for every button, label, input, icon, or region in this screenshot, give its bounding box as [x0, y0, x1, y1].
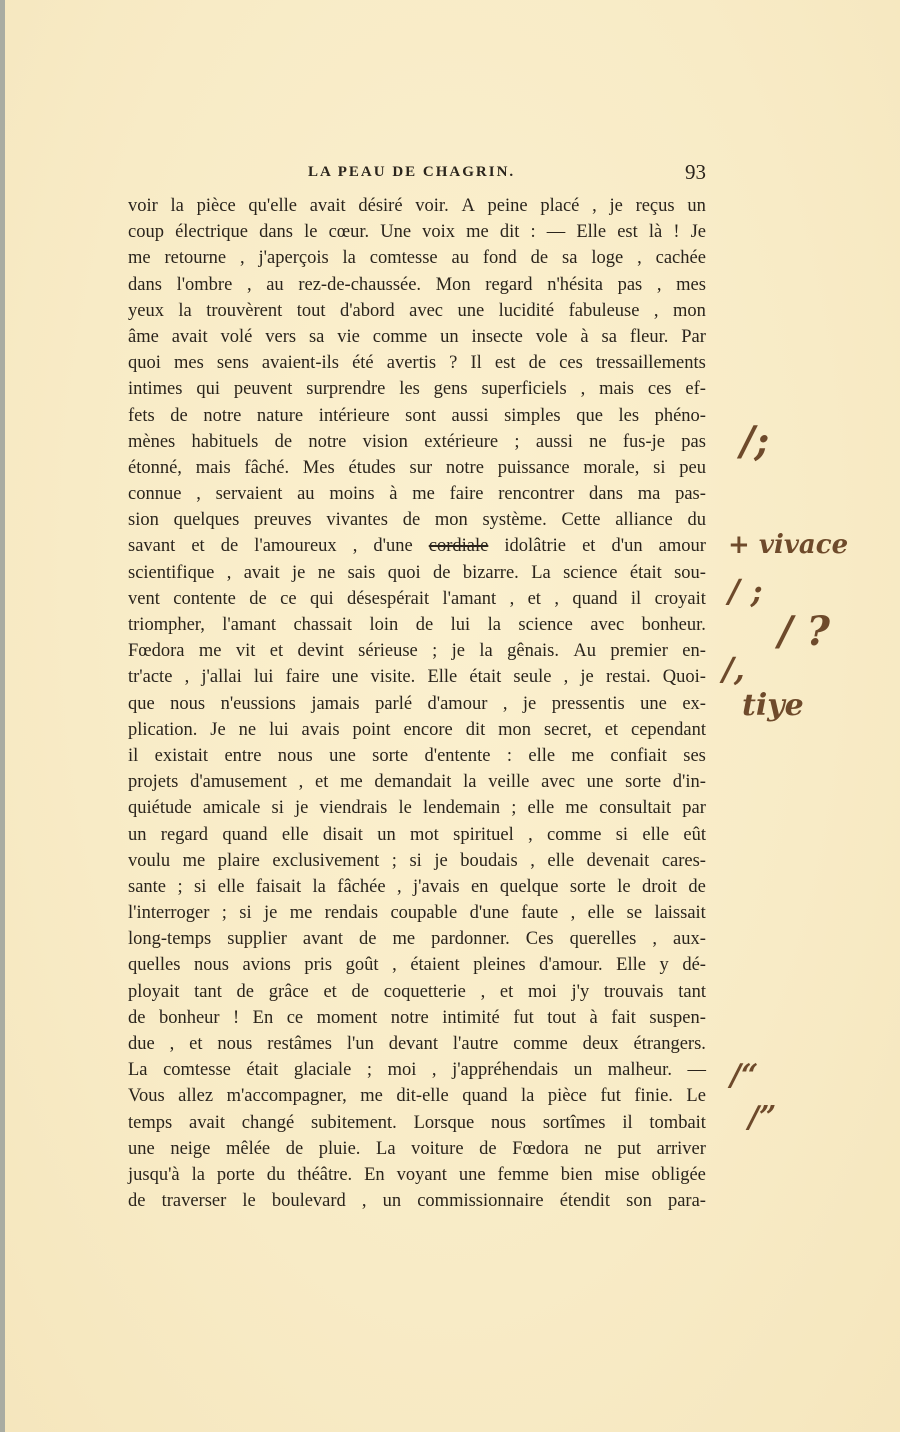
text-line: long-tempssupplieravantdemepardonner.Ces… — [128, 926, 706, 952]
text-line: Fœdoramevitetdevintsérieuse;jelagênais.A… — [128, 638, 706, 664]
text-line: tempsavaitchangésubitement.Lorsquenousso… — [128, 1110, 706, 1136]
text-line: quellesnousavionsprisgoût,étaientpleines… — [128, 952, 706, 978]
text-line: étonné,maisfâché.Mesétudessurnotrepuissa… — [128, 455, 706, 481]
text-line: triompher,l'amantchassaitloindeluilascie… — [128, 612, 706, 638]
handwritten-annotation: / ; — [728, 572, 763, 610]
text-line: meretourne,j'aperçoislacomtesseaufonddes… — [128, 245, 706, 271]
text-line: tr'acte,j'allailuifaireunevisite.Elleéta… — [128, 664, 706, 690]
handwritten-annotation: tiye — [742, 688, 804, 723]
handwritten-annotation: /, — [722, 650, 745, 688]
text-line: dansl'ombre,aurez-de-chaussée.Monregardn… — [128, 272, 706, 298]
text-line: projetsd'amusement,etmedemandaitlaveille… — [128, 769, 706, 795]
page-number: 93 — [685, 160, 706, 185]
text-line: voulumeplaireexclusivement;sijeboudais,e… — [128, 848, 706, 874]
handwritten-annotation: + vivace — [728, 530, 848, 560]
text-line: sante;siellefaisaitlafâchée,j'avaisenque… — [128, 874, 706, 900]
text-line: yeuxlatrouvèrenttoutd'abordavecunelucidi… — [128, 298, 706, 324]
text-line: plication.Jeneluiavaispointencoreditmons… — [128, 717, 706, 743]
text-line: savantetdel'amoureux,d'unecordialeidolât… — [128, 533, 706, 559]
text-line: connue,servaientaumoinsàmefairerencontre… — [128, 481, 706, 507]
text-line: ventcontentedecequidésespéraitl'amant,et… — [128, 586, 706, 612]
body-text: voirlapiècequ'elleavaitdésirévoir.Apeine… — [128, 193, 706, 1214]
text-line: due,etnousrestâmesl'undevantl'autrecomme… — [128, 1031, 706, 1057]
handwritten-annotation: /; — [740, 418, 769, 465]
text-line: ilexistaitentrenousunesorted'entente:ell… — [128, 743, 706, 769]
text-line: Lacomtesseétaitglaciale;moi,j'appréhenda… — [128, 1057, 706, 1083]
text-line: detraverserleboulevard,uncommissionnaire… — [128, 1188, 706, 1214]
page-header: LA PEAU DE CHAGRIN. 93 — [128, 162, 706, 188]
text-line: coupélectriquedanslecœur.Unevoixmedit:—E… — [128, 219, 706, 245]
text-line: intimesquipeuventsurprendrelesgenssuperf… — [128, 376, 706, 402]
text-line: sionquelquespreuvesvivantesdemonsystème.… — [128, 507, 706, 533]
text-line: l'interroger;sijemerendaiscoupabled'unef… — [128, 900, 706, 926]
text-line: voirlapiècequ'elleavaitdésirévoir.Apeine… — [128, 193, 706, 219]
text-line: ployaittantdegrâceetdecoquetterie,etmoij… — [128, 979, 706, 1005]
handwritten-annotation: /“ — [730, 1058, 758, 1093]
text-line: mèneshabituelsdenotrevisionextérieure;au… — [128, 429, 706, 455]
text-line: debonheur!Encemomentnotreintimitéfuttout… — [128, 1005, 706, 1031]
text-line: Vousallezm'accompagner,medit-ellequandla… — [128, 1083, 706, 1109]
running-title: LA PEAU DE CHAGRIN. — [308, 164, 515, 181]
text-line: âmeavaitvoléverssaviecommeuninsectevoleà… — [128, 324, 706, 350]
text-line: unregardquandelledisaitunmotspirituel,co… — [128, 822, 706, 848]
handwritten-annotation: / ? — [778, 608, 830, 655]
text-line: quenousn'eussionsjamaisparléd'amour,jepr… — [128, 691, 706, 717]
text-line: uneneigemêléedepluie.LavoituredeFœdorane… — [128, 1136, 706, 1162]
handwritten-annotation: /” — [748, 1100, 776, 1135]
text-line: quoimessensavaient-ilsétéavertis?Ilestde… — [128, 350, 706, 376]
text-line: fetsdenotrenatureintérieuresontaussisimp… — [128, 403, 706, 429]
text-line: jusqu'àlaporteduthéâtre.Envoyantunefemme… — [128, 1162, 706, 1188]
text-line: quiétudeamicalesijeviendraislelendemain;… — [128, 795, 706, 821]
text-line: scientifique,avaitjenesaisquoidebizarre.… — [128, 560, 706, 586]
